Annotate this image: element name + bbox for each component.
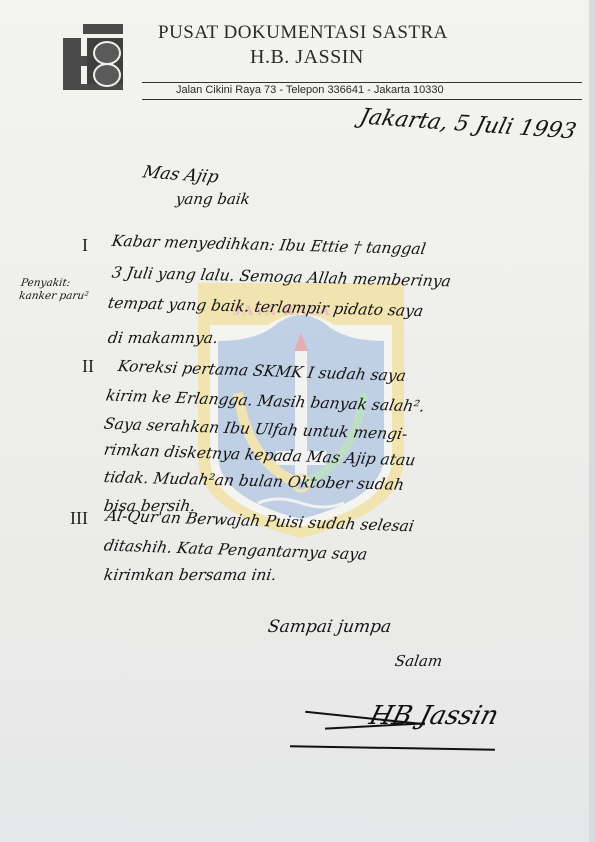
letterhead-address: Jalan Cikini Raya 73 - Telepon 336641 - … [176, 84, 444, 96]
hb-logo-icon [63, 24, 123, 90]
signature-text: HB Jassin [366, 701, 502, 731]
closing-salam: Salam [394, 652, 444, 670]
signature: HB Jassin [285, 695, 505, 755]
scan-edge [589, 0, 595, 842]
letterhead-organization: PUSAT DOKUMENTASI SASTRA [158, 22, 578, 44]
paragraph-number-3: III [70, 508, 88, 529]
paragraph-1-line-4: di makamnya. [107, 329, 220, 347]
letterhead-name: H.B. JASSIN [250, 46, 364, 69]
letterhead-rule-top [142, 82, 582, 83]
letter-date: Jakarta, 5 Juli 1993 [357, 105, 578, 145]
closing-phrase: Sampai jumpa [267, 617, 393, 637]
margin-note: Penyakit: kanker paru² [18, 277, 94, 303]
paragraph-3-line-3: kirimkan bersama ini. [103, 566, 278, 584]
paragraph-number-1: I [82, 235, 88, 256]
paragraph-1-line-1: Kabar menyedihkan: Ibu Ettie † tanggal [111, 232, 428, 258]
salutation-greeting: yang baik [175, 190, 251, 208]
salutation-name: Mas Ajip [141, 163, 221, 188]
paragraph-number-2: II [82, 356, 94, 377]
letterhead-rule-bottom [142, 99, 582, 100]
paragraph-3-line-2: ditashih. Kata Pengantarnya saya [103, 536, 369, 563]
